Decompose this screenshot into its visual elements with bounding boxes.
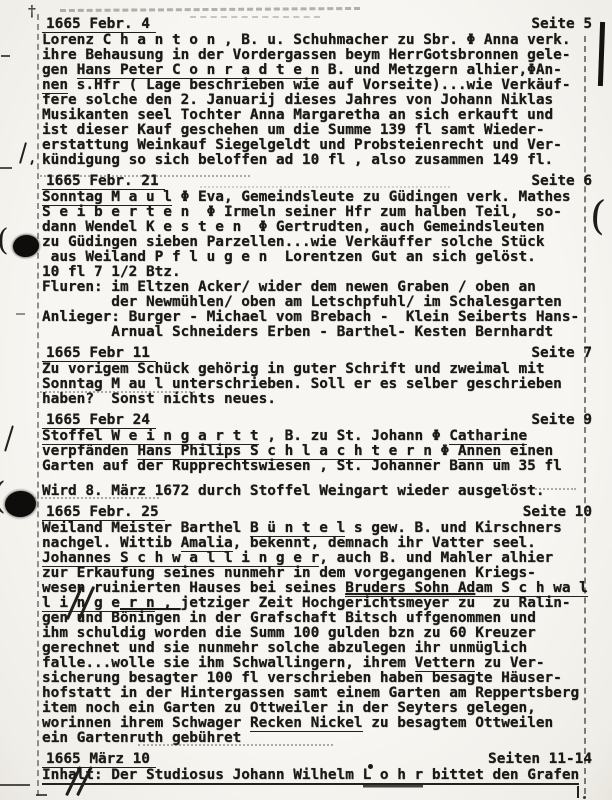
page-reference: Seite 10 [523,505,594,521]
text-line: verpfänden Hans Philips S c h l a c h t … [42,444,594,459]
handwritten-cross-mark: † [28,2,36,20]
entry-block: 1665 Febr 24Seite 9Stoffel W e i n g a r… [42,413,594,499]
entry-block: 1665 Febr. 21Seite 6Sonntag M a u l Φ Ev… [42,174,594,340]
page-reference: Seiten 11-14 [488,752,594,768]
document-body: 1665 Febr. 4Seite 5Lorenz C h a n t o n … [42,17,594,785]
text-line: nen s.Hfr ( Lage beschrieben wie auf Vor… [42,78,594,93]
entry-date: 1665 Febr 11 [42,346,156,362]
text-line: item noch ein Garten zu Ottweiler in der… [42,701,594,716]
page-reference: Seite 6 [531,174,594,190]
text-line: Anlieger: Burger - Michael vom Brebach -… [42,310,594,325]
margin-dash [16,313,25,315]
text-line: wesen ruinierten Hauses bei seines Brude… [42,581,594,596]
text-line: falle...wolle sie ihm Schwallingern, ihr… [42,656,594,671]
text-line: Arnual Schneiders Erben - Barthel- Keste… [42,325,594,340]
text-line: ihre Behausung in der Vordergassen beym … [42,48,594,63]
text-line: Wird 8. März 1672 durch Stoffel Weingart… [42,484,594,499]
punch-hole-bottom [4,490,37,519]
scan-smudge [60,7,360,12]
entry-date: 1665 Febr. 25 [42,505,165,521]
struck-text: öningen [120,610,181,626]
text-line: ihm schuldig worden die Summ 100 gulden … [42,626,594,641]
underlined-text: Recken Nickel [250,715,363,732]
handwritten-slash-mark [19,142,27,164]
text-line: Stoffel W e i n g a r t t , B. zu St. Jo… [42,429,594,444]
margin-dash [0,167,12,169]
scan-edge-mark [598,22,605,86]
handwritten-slash-mark [4,425,14,451]
text-line: S e i b e r t e n Φ Irmeln seiner Hfr zu… [42,205,594,220]
scan-noise-dot [583,796,586,799]
entry-header: 1665 Febr. 25Seite 10 [42,505,594,521]
text-line: Inhalt: Der Studiosus Johann Wilhelm L o… [42,768,579,785]
entry-header: 1665 Febr 24Seite 9 [42,413,594,429]
text-line: Johannes S c h w a l l i n g e r, auch B… [42,551,594,566]
struck-text: erichtsmeyer zu [345,595,475,611]
text-line: erstattung Weinkauf Siegelgeldt und Prob… [42,138,594,153]
entry-block: 1665 Febr 11Seite 7Zu vorigem Schück geh… [42,346,594,407]
margin-dash [36,794,47,796]
scanned-document-page: ( ( ( † 1665 Febr. 4Seite 5Lorenz C h a … [0,0,612,800]
text-line: gen Hans Peter C o n r a d t e n B. und … [42,63,594,78]
entry-header: 1665 Febr 11Seite 7 [42,346,594,362]
left-dashed-rule [37,14,39,796]
text-line: Musikanten seel Tochter Anna Margaretha … [42,108,594,123]
text-line: ein Gartenruth gebühret [42,731,594,746]
text-line: worinnen ihrem Schwager Recken Nickel zu… [42,716,594,731]
text-line: haben? Sonst nichts neues. [42,392,594,407]
page-reference: Seite 7 [531,346,594,362]
text-line: gen und Böningen in der Grafschaft Bitsc… [42,611,594,626]
text-line: sicherung besagter 100 fl verschrieben h… [42,671,594,686]
text-line: aus Weiland P f l u g e n Lorentzen Gut … [42,250,594,265]
entry-date: 1665 März 10 [42,752,156,768]
text-line: ist dieser Kauf geschehen um die Summe 1… [42,123,594,138]
text-line: Fluren: im Eltzen Acker/ wider dem newen… [42,280,594,295]
margin-dash [0,784,30,786]
text-line: Sonntag M au l unterschrieben. Soll er e… [42,377,594,392]
text-line: zur Erkaufung seines nunmehr in dem vorg… [42,566,594,581]
text-line: Zu vorigem Schück gehörig in guter Schri… [42,362,594,377]
text-line: kündigung so sich beloffen ad 10 fl , al… [42,153,594,168]
text-line: Garten auf der Rupprechtswiesen , St. Jo… [42,459,594,474]
entry-date: 1665 Febr. 21 [42,174,165,190]
page-reference: Seite 9 [531,413,594,429]
text-line: der Newmühlen/ oben am Letschpfuhl/ im S… [42,295,594,310]
text-line: Lorenz C h a n t o n , B. u. Schuhmacher… [42,33,594,48]
text-line: hofstatt in der Hintergassen samt einem … [42,686,594,701]
entry-header: 1665 März 10Seiten 11-14 [42,752,594,768]
text-line: zu Güdingen sieben Parzellen...wie Verkä… [42,235,594,250]
entry-block: 1665 März 10Seiten 11-14Inhalt: Der Stud… [42,752,594,785]
margin-dash [1,55,10,57]
entry-header: 1665 Febr. 21Seite 6 [42,174,594,190]
text-line: 10 fl 7 1/2 Btz. [42,265,594,280]
text-line: dann Wendel K e s t e n Φ Gertrudten, au… [42,220,594,235]
entry-block: 1665 Febr. 4Seite 5Lorenz C h a n t o n … [42,17,594,168]
handwritten-paren-top: ( [0,226,9,256]
handwritten-comma-mark [30,160,34,165]
scan-edge-tick [577,786,579,798]
text-line: gerechnet und sie nunmehr solche abzuleg… [42,641,594,656]
underlined-text: L o h r [363,767,424,785]
text-line: Weiland Meister Barthel B ü n t e l s ge… [42,521,594,536]
entry-date: 1665 Febr. 4 [42,17,156,33]
text-line: fere solche den 2. Januarij dieses Jahre… [42,93,594,108]
entry-block: 1665 Febr. 25Seite 10Weiland Meister Bar… [42,505,594,746]
page-reference: Seite 5 [531,17,594,33]
text-line: nachgel. Wittib Amalia, bekennt, demnach… [42,536,594,551]
text-line: Sonntag M a u l Φ Eva, Gemeindsleute zu … [42,190,594,205]
entry-header: 1665 Febr. 4Seite 5 [42,17,594,33]
entry-date: 1665 Febr 24 [42,413,156,429]
handwritten-paren-bottom: ( [0,479,6,515]
text-line: l i n g e r n , jetziger Zeit Hochgerich… [42,596,594,611]
